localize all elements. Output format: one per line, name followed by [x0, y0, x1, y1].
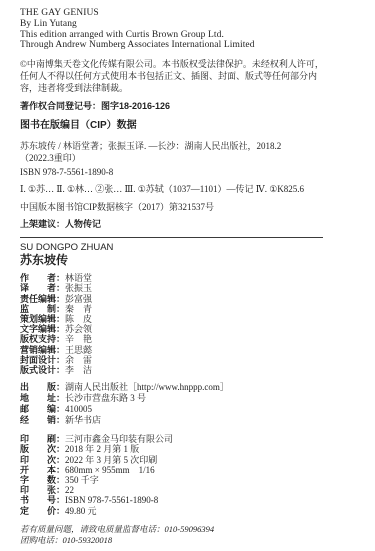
title-chinese: 苏东坡传 — [20, 253, 357, 267]
byline: By Lin Yutang — [20, 19, 357, 30]
book-title-english: THE GAY GENIUS — [20, 8, 357, 19]
credit-value: 彭富强 — [65, 294, 92, 304]
printing-value: 49.80 元 — [65, 506, 97, 516]
publishing-value: 长沙市营盘东路 3 号 — [65, 393, 146, 403]
footer-notes: 若有质量问题，请致电质量监督电话：010-59096394 团购电话：010-5… — [20, 524, 357, 547]
credit-value: 林语堂 — [65, 273, 92, 283]
arrangement-line-1: This edition arranged with Curtis Brown … — [20, 30, 357, 41]
credit-value: 辛 艳 — [65, 334, 92, 344]
printing-value: 三河市鑫金马印装有限公司 — [65, 434, 173, 444]
credit-value: 李 洁 — [65, 365, 92, 375]
printing-label: 字 数： — [20, 475, 65, 485]
cip-entry-line-2: （2022.3重印） — [20, 152, 330, 164]
printing-value: 22 — [65, 485, 74, 495]
printing-row: 印 张：22 — [20, 485, 357, 495]
cip-record-number: 中国版本图书馆CIP数据核字（2017）第321537号 — [20, 202, 357, 213]
publishing-label: 经 销： — [20, 415, 65, 425]
printing-row: 版 次：2018 年 2 月第 1 版 — [20, 444, 357, 454]
publishing-label: 邮 编： — [20, 404, 65, 414]
credit-label: 营销编辑： — [20, 345, 65, 355]
credit-row: 责任编辑：彭富强 — [20, 294, 357, 304]
printing-value: 2018 年 2 月第 1 版 — [65, 444, 139, 454]
printing-row: 字 数：350 千字 — [20, 475, 357, 485]
publishing-row: 出 版：湖南人民出版社［http://www.hnppp.com］ — [20, 382, 357, 393]
publishing-list: 出 版：湖南人民出版社［http://www.hnppp.com］ 地 址：长沙… — [20, 382, 357, 426]
cip-classification: Ⅰ. ①苏… Ⅱ. ①林… ②张… Ⅲ. ①苏轼（1037—1101）—传记 Ⅳ… — [20, 184, 357, 195]
printing-value: 680mm × 955mm 1/16 — [65, 465, 155, 475]
credit-value: 苏会领 — [65, 324, 92, 334]
credit-row: 封面设计：余 雷 — [20, 355, 357, 365]
credit-label: 文字编辑： — [20, 324, 65, 334]
printing-row: 开 本：680mm × 955mm 1/16 — [20, 465, 357, 475]
credit-value: 张振玉 — [65, 283, 92, 293]
credit-label: 作 者： — [20, 273, 65, 283]
registration-line: 著作权合同登记号：图字18-2016-126 — [20, 101, 357, 112]
printing-row: 定 价：49.80 元 — [20, 506, 357, 516]
credit-value: 秦 青 — [65, 304, 92, 314]
credit-value: 王思懿 — [65, 345, 92, 355]
printing-row: 印 刷：三河市鑫金马印装有限公司 — [20, 434, 357, 444]
printing-row: 书 号：ISBN 978-7-5561-1890-8 — [20, 495, 357, 505]
printing-value: 2022 年 3 月第 5 次印刷 — [65, 455, 157, 465]
publishing-value: 新华书店 — [65, 415, 101, 425]
title-pinyin: SU DONGPO ZHUAN — [20, 242, 357, 253]
credit-value: 余 雷 — [65, 355, 92, 365]
group-purchase-line: 团购电话：010-59320018 — [20, 535, 357, 547]
credit-value: 陈 皮 — [65, 314, 92, 324]
cip-entry-line-1: 苏东坡传 / 林语堂著；张振玉译. —长沙：湖南人民出版社，2018.2 — [20, 140, 330, 152]
credit-row: 监 制：秦 青 — [20, 304, 357, 314]
english-header: THE GAY GENIUS By Lin Yutang This editio… — [20, 8, 357, 51]
printing-list: 印 刷：三河市鑫金马印装有限公司 版 次：2018 年 2 月第 1 版 印 次… — [20, 434, 357, 516]
credit-row: 文字编辑：苏会领 — [20, 324, 357, 334]
publishing-value: 湖南人民出版社［http://www.hnppp.com］ — [65, 382, 229, 392]
printing-value: 350 千字 — [65, 475, 99, 485]
publishing-label: 出 版： — [20, 382, 65, 392]
printing-label: 定 价： — [20, 506, 65, 516]
publishing-row: 地 址：长沙市营盘东路 3 号 — [20, 393, 357, 404]
printing-row: 印 次：2022 年 3 月第 5 次印刷 — [20, 455, 357, 465]
publishing-value: 410005 — [65, 404, 92, 414]
credit-label: 监 制： — [20, 304, 65, 314]
copyright-page: THE GAY GENIUS By Lin Yutang This editio… — [0, 0, 375, 551]
printing-label: 印 刷： — [20, 434, 65, 444]
credit-row: 版式设计：李 洁 — [20, 365, 357, 375]
shelving-suggestion: 上架建议：人物传记 — [20, 219, 357, 230]
printing-label: 印 次： — [20, 455, 65, 465]
printing-label: 版 次： — [20, 444, 65, 454]
credit-row: 译 者：张振玉 — [20, 283, 357, 293]
credit-row: 版权支持：辛 艳 — [20, 334, 357, 344]
isbn-line: ISBN 978-7-5561-1890-8 — [20, 167, 357, 178]
credit-row: 作 者：林语堂 — [20, 273, 357, 283]
credit-label: 版权支持： — [20, 334, 65, 344]
credit-label: 策划编辑： — [20, 314, 65, 324]
credit-label: 译 者： — [20, 283, 65, 293]
arrangement-line-2: Through Andrew Numberg Associates Intern… — [20, 40, 357, 51]
credits-list: 作 者：林语堂 译 者：张振玉 责任编辑：彭富强 监 制：秦 青 策划编辑：陈 … — [20, 273, 357, 375]
cip-entry: 苏东坡传 / 林语堂著；张振玉译. —长沙：湖南人民出版社，2018.2 （20… — [20, 140, 330, 164]
quality-hotline-line: 若有质量问题，请致电质量监督电话：010-59096394 — [20, 524, 357, 536]
credit-row: 策划编辑：陈 皮 — [20, 314, 357, 324]
publishing-row: 邮 编：410005 — [20, 404, 357, 415]
publishing-label: 地 址： — [20, 393, 65, 403]
printing-label: 开 本： — [20, 465, 65, 475]
printing-label: 印 张： — [20, 485, 65, 495]
printing-value: ISBN 978-7-5561-1890-8 — [65, 495, 158, 505]
publishing-row: 经 销：新华书店 — [20, 415, 357, 426]
divider-rule — [20, 237, 323, 238]
credit-label: 版式设计： — [20, 365, 65, 375]
cip-heading: 图书在版编目（CIP）数据 — [20, 120, 357, 132]
credit-row: 营销编辑：王思懿 — [20, 345, 357, 355]
credit-label: 责任编辑： — [20, 294, 65, 304]
copyright-notice: ©中南博集天卷文化传媒有限公司。本书版权受法律保护。未经权利人许可，任何人不得以… — [20, 58, 325, 94]
printing-label: 书 号： — [20, 495, 65, 505]
credit-label: 封面设计： — [20, 355, 65, 365]
